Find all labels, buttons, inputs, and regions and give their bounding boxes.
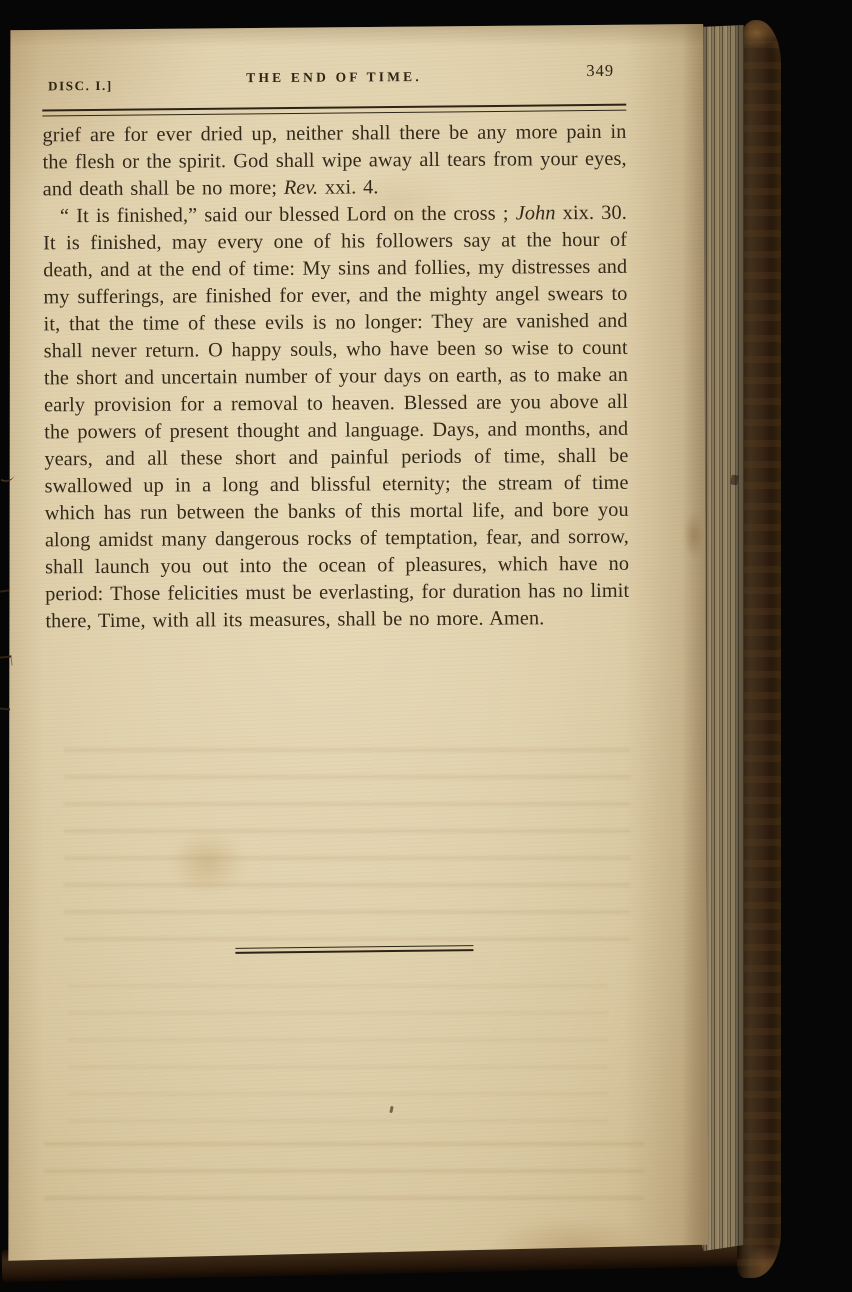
book-page: DISC. I.] THE END OF TIME. 349 grief are…: [8, 24, 708, 1262]
section-label: DISC. I.]: [48, 78, 113, 94]
book-fore-edge-pages: [701, 25, 744, 1251]
fore-edge-smudge: [730, 475, 738, 486]
paragraph-text: xix. 30. It is finished, may every one o…: [43, 202, 629, 633]
body-text: grief are for ever dried up, neither sha…: [42, 119, 629, 636]
page-number: 349: [586, 61, 614, 81]
margin-pen-mark: [0, 655, 12, 666]
scripture-reference: Rev.: [284, 177, 318, 199]
paragraph-text: “ It is finished,” said our blessed Lord…: [60, 202, 516, 227]
margin-pen-mark: [0, 589, 9, 592]
margin-pen-mark: [0, 707, 10, 710]
scripture-reference: John: [516, 202, 556, 224]
printed-content: DISC. I.] THE END OF TIME. 349 grief are…: [42, 61, 633, 1225]
paragraph: “ It is finished,” said our blessed Lord…: [43, 200, 630, 636]
scanned-book-photo: DISC. I.] THE END OF TIME. 349 grief are…: [0, 0, 852, 1292]
page-header: DISC. I.] THE END OF TIME. 349: [42, 61, 626, 107]
running-title: THE END OF TIME.: [246, 69, 422, 86]
stain: [684, 512, 704, 558]
paragraph-continuation: grief are for ever dried up, neither sha…: [42, 119, 626, 204]
paragraph-text: xxi. 4.: [318, 176, 378, 198]
section-end-rule: [235, 945, 473, 954]
